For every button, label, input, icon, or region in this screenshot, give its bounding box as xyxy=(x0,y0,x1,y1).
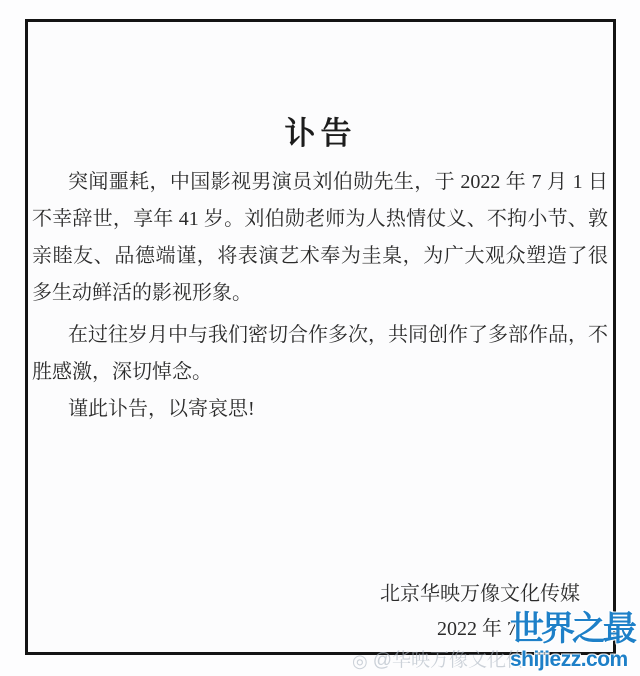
notice-frame: 讣告 突闻噩耗，中国影视男演员刘伯勋先生，于 2022 年 7 月 1 日不幸辞… xyxy=(25,19,616,655)
signature-company: 北京华映万像文化传媒 xyxy=(380,582,580,606)
weibo-handle-text: @华映万像文化传 xyxy=(373,650,525,672)
site-watermark-name: 世界之最 xyxy=(510,610,640,648)
notice-paragraph-1: 突闻噩耗，中国影视男演员刘伯勋先生，于 2022 年 7 月 1 日不幸辞世，享… xyxy=(32,164,608,312)
site-watermark-url: shijiezz.com xyxy=(510,649,640,671)
notice-body: 突闻噩耗，中国影视男演员刘伯勋先生，于 2022 年 7 月 1 日不幸辞世，享… xyxy=(32,164,608,428)
signature-date: 2022 年 7 xyxy=(437,617,517,641)
weibo-watermark: ◎ @华映万像文化传 xyxy=(352,650,525,672)
site-watermark: 世界之最 shijiezz.com xyxy=(510,610,640,671)
notice-paragraph-2: 在过往岁月中与我们密切合作多次，共同创作了多部作品，不胜感激，深切悼念。 xyxy=(32,317,608,391)
obituary-page: 讣告 突闻噩耗，中国影视男演员刘伯勋先生，于 2022 年 7 月 1 日不幸辞… xyxy=(0,0,640,676)
notice-title: 讣告 xyxy=(28,108,613,153)
notice-paragraph-3: 谨此讣告，以寄哀思! xyxy=(32,391,608,428)
weibo-camera-icon: ◎ xyxy=(352,650,368,672)
